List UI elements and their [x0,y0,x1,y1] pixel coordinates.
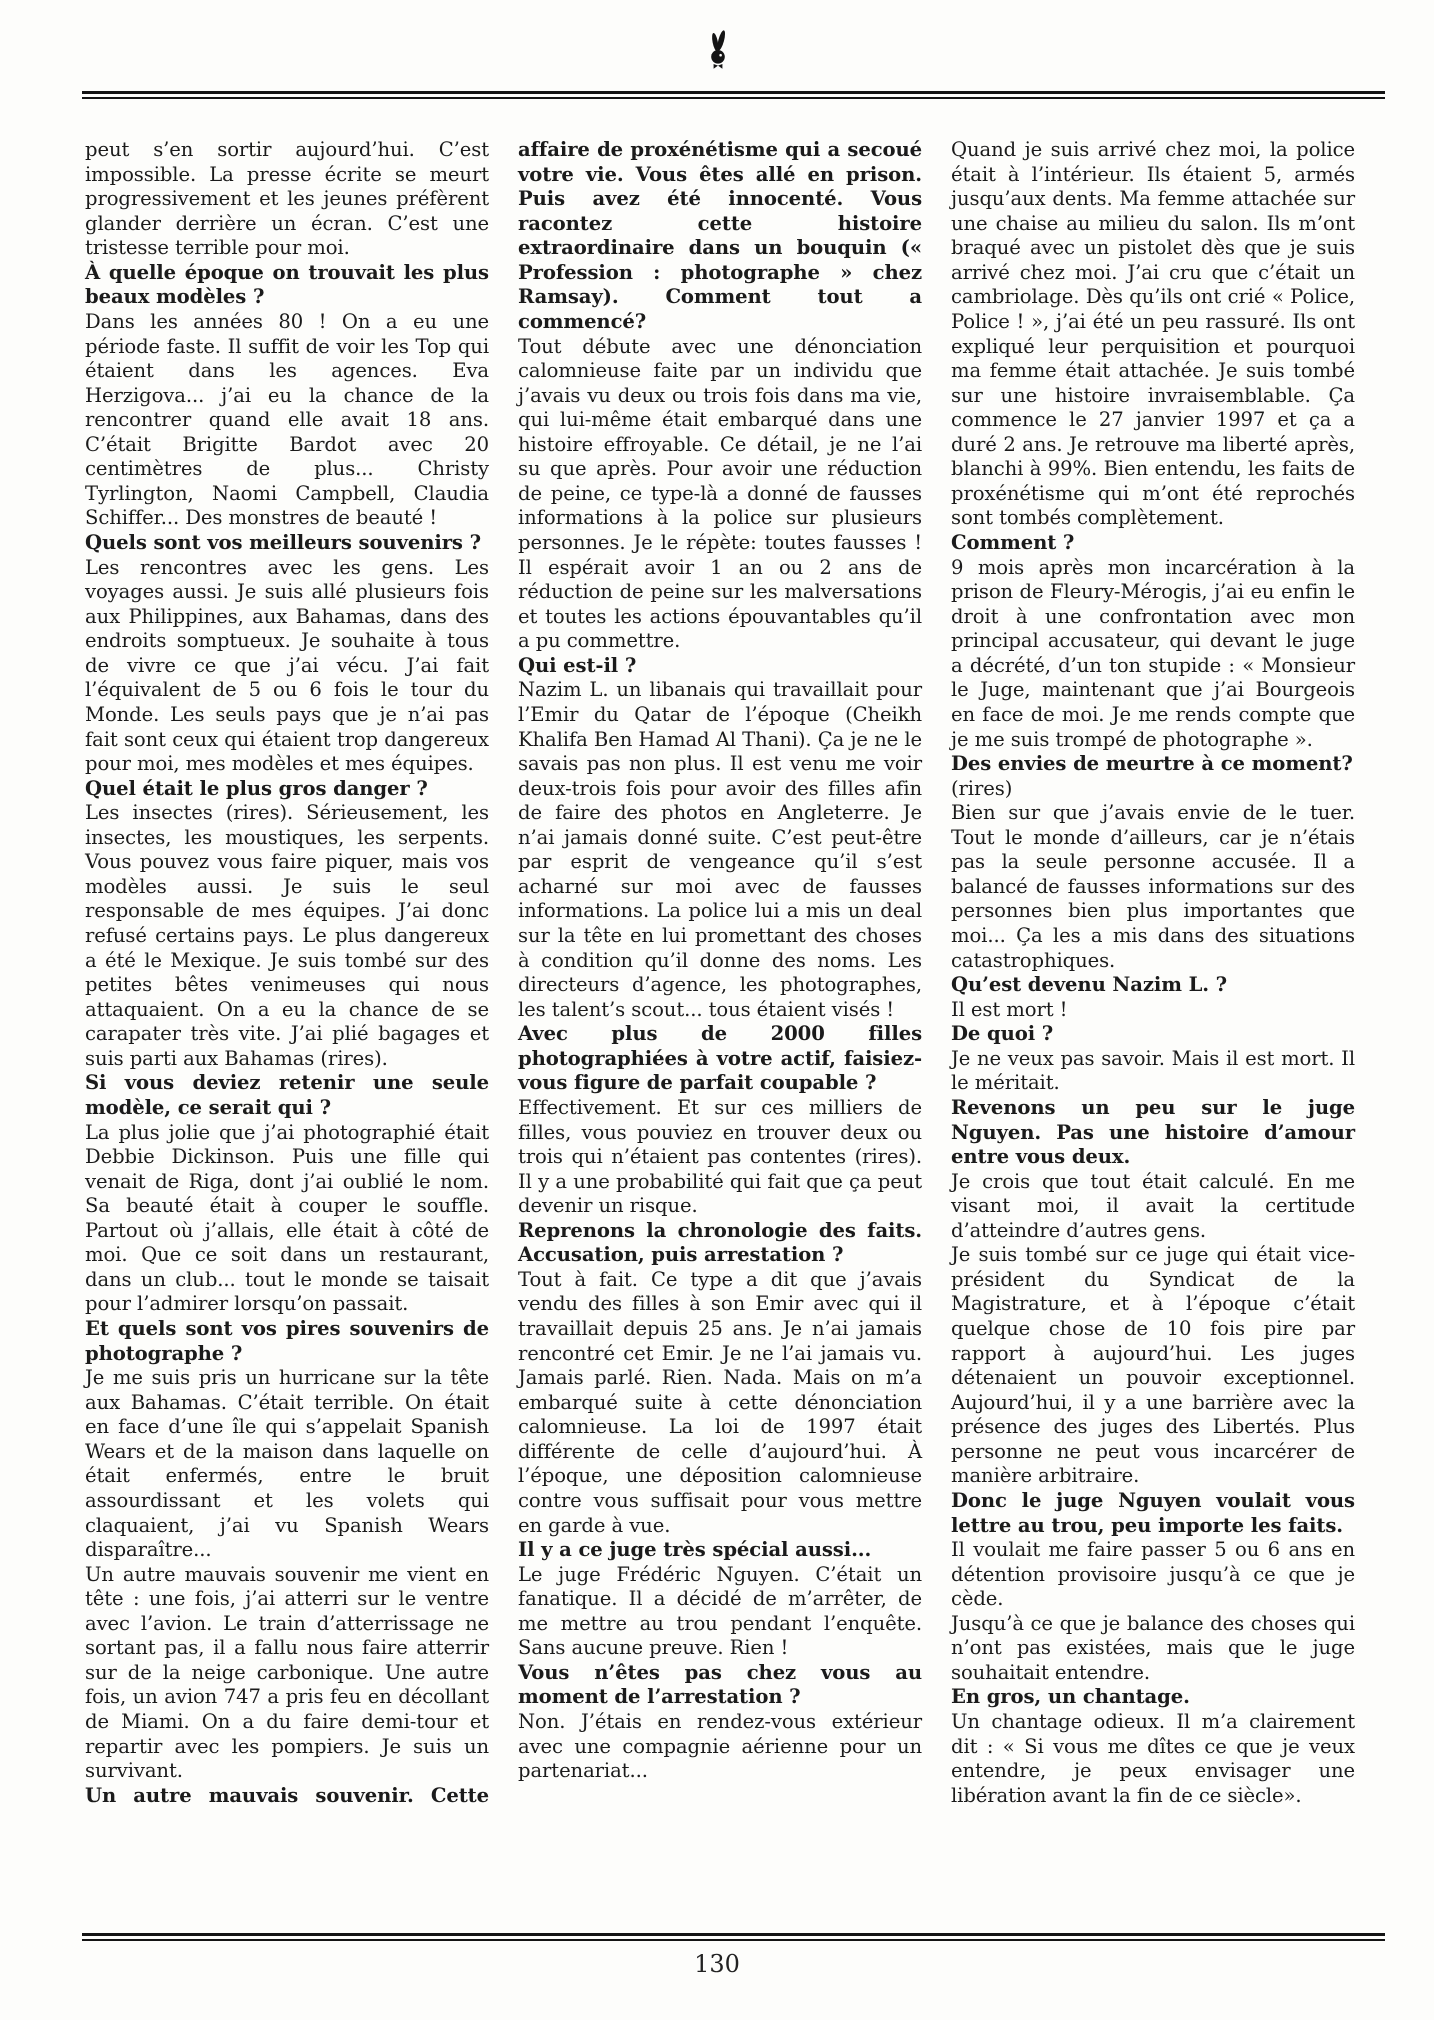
interview-question: Comment ? [951,531,1355,556]
interview-question: Avec plus de 2000 filles photographiées … [518,1022,922,1096]
interview-answer: Bien sur que j’avais envie de le tuer. T… [951,801,1355,973]
interview-answer: Quand je suis arrivé chez moi, la police… [951,138,1355,531]
interview-answer: Les insectes (rires). Sérieusement, les … [85,801,489,1071]
interview-question: Reprenons la chronologie des faits. Accu… [518,1219,922,1268]
interview-question: Qu’est devenu Nazim L. ? [951,973,1355,998]
playboy-bunny-logo [703,30,733,70]
interview-question: De quoi ? [951,1022,1355,1047]
magazine-page: peut s’en sortir aujourd’hui. C’est impo… [0,0,1434,2020]
header-double-rule [82,91,1385,99]
interview-answer: Tout à fait. Ce type a dit que j’avais v… [518,1268,922,1538]
interview-answer: Tout débute avec une dénonciation calomn… [518,335,922,654]
interview-answer: Nazim L. un libanais qui travaillait pou… [518,678,922,1022]
interview-answer: Je ne veux pas savoir. Mais il est mort.… [951,1047,1355,1096]
column-2: affaire de proxénétisme qui a secoué vot… [518,138,922,1883]
interview-question: Il y a ce juge très spécial aussi... [518,1538,922,1563]
interview-question: Quel était le plus gros danger ? [85,777,489,802]
interview-answer: Un chantage odieux. Il m’a clairement di… [951,1710,1355,1808]
interview-question: Donc le juge Nguyen voulait vous lettre … [951,1489,1355,1538]
interview-answer: Il est mort ! [951,998,1355,1023]
interview-answer: Effectivement. Et sur ces milliers de fi… [518,1096,922,1219]
interview-answer: Je me suis pris un hurricane sur la tête… [85,1366,489,1563]
bunny-icon [703,30,733,70]
interview-question: Et quels sont vos pires souvenirs de pho… [85,1317,489,1366]
interview-question: En gros, un chantage. [951,1685,1355,1710]
interview-answer: Je crois que tout était calculé. En me v… [951,1170,1355,1244]
page-number: 130 [0,1950,1434,1978]
interview-question: Si vous deviez retenir une seule modèle,… [85,1071,489,1120]
column-3: Quand je suis arrivé chez moi, la police… [951,138,1355,1883]
interview-answer: Dans les années 80 ! On a eu une période… [85,310,489,531]
column-1: peut s’en sortir aujourd’hui. C’est impo… [85,138,489,1883]
interview-question: Revenons un peu sur le juge Nguyen. Pas … [951,1096,1355,1170]
interview-answer: Le juge Frédéric Nguyen. C’était un fana… [518,1563,922,1661]
interview-question: Vous n’êtes pas chez vous au moment de l… [518,1661,922,1710]
interview-answer: Jusqu’à ce que je balance des choses qui… [951,1612,1355,1686]
interview-answer: La plus jolie que j’ai photographié étai… [85,1121,489,1318]
article-columns: peut s’en sortir aujourd’hui. C’est impo… [85,138,1357,1883]
interview-question: Quels sont vos meilleurs souvenirs ? [85,531,489,556]
interview-answer: peut s’en sortir aujourd’hui. C’est impo… [85,138,489,261]
interview-question: Qui est-il ? [518,654,922,679]
interview-answer: Non. J’étais en rendez-vous extérieur av… [518,1710,922,1784]
interview-answer: Un autre mauvais souvenir me vient en tê… [85,1563,489,1784]
interview-question: Des envies de meurtre à ce moment? [951,752,1355,777]
footer-double-rule [82,1933,1385,1941]
interview-answer: 9 mois après mon incarcération à la pris… [951,556,1355,753]
interview-answer: Les rencontres avec les gens. Les voyage… [85,556,489,777]
interview-answer: Je suis tombé sur ce juge qui était vice… [951,1243,1355,1489]
interview-answer: Il voulait me faire passer 5 ou 6 ans en… [951,1538,1355,1612]
interview-question: Un autre mauvais souvenir. Cette [85,1784,489,1809]
interview-question: À quelle époque on trouvait les plus bea… [85,261,489,310]
interview-question: affaire de proxénétisme qui a secoué vot… [518,138,922,335]
interview-answer: (rires) [951,777,1355,802]
